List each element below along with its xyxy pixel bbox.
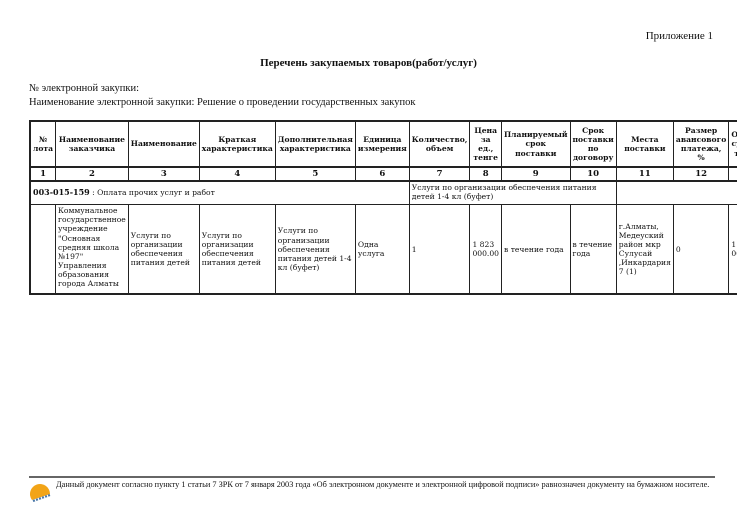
lot-row: 003-015-159 : Оплата прочих услуг и рабо…: [30, 181, 737, 205]
col-header: Наименование: [128, 121, 199, 167]
col-header: Краткая характеристика: [199, 121, 275, 167]
cell-place: г.Алматы, Медеуский район мкр Сулусай ,И…: [616, 205, 673, 295]
col-number: 1: [30, 167, 56, 181]
col-header: Планируемый срок поставки: [502, 121, 570, 167]
col-header: Размер авансового платежа, %: [673, 121, 728, 167]
col-header: Общая сумма, тенге: [729, 121, 737, 167]
lot-description: Услуги по организации обеспечения питани…: [409, 181, 616, 205]
cell-quantity: 1: [409, 205, 470, 295]
lot-info: 003-015-159 : Оплата прочих услуг и рабо…: [30, 181, 409, 205]
cell-advance: 0: [673, 205, 728, 295]
footer-divider: [29, 476, 715, 478]
col-number: 4: [199, 167, 275, 181]
cell-total: 1 823 000.00: [729, 205, 737, 295]
col-header: Срок поставки по договору: [570, 121, 616, 167]
cell-unit: Одна услуга: [355, 205, 409, 295]
col-number: 8: [470, 167, 502, 181]
col-header: Наименование заказчика: [56, 121, 129, 167]
col-number: 3: [128, 167, 199, 181]
col-header: Цена за ед., тенге: [470, 121, 502, 167]
goods-table: № лота Наименование заказчика Наименован…: [29, 120, 737, 295]
procurement-name: Наименование электронной закупки: Решени…: [29, 97, 415, 108]
col-header: Места поставки: [616, 121, 673, 167]
col-number: 7: [409, 167, 470, 181]
lot-name: Оплата прочих услуг и работ: [97, 188, 215, 197]
col-header: Количество, объем: [409, 121, 470, 167]
col-number: 9: [502, 167, 570, 181]
header-row: № лота Наименование заказчика Наименован…: [30, 121, 737, 167]
cell-extra-desc: Услуги по организации обеспечения питани…: [275, 205, 355, 295]
cell-contract-term: в течение года: [570, 205, 616, 295]
document-title: Перечень закупаемых товаров(работ/услуг): [0, 57, 737, 69]
col-number: 12: [673, 167, 728, 181]
column-number-row: 1 2 3 4 5 6 7 8 9 10 11 12 13: [30, 167, 737, 181]
cell-planned-term: в течение года: [502, 205, 570, 295]
appendix-label: Приложение 1: [646, 30, 713, 42]
lot-empty: [616, 181, 737, 205]
col-number: 11: [616, 167, 673, 181]
footer-legal-text: Данный документ согласно пункту 1 статьи…: [56, 480, 716, 491]
col-number: 6: [355, 167, 409, 181]
col-header: № лота: [30, 121, 56, 167]
col-number: 2: [56, 167, 129, 181]
col-number: 5: [275, 167, 355, 181]
col-number: 10: [570, 167, 616, 181]
egov-sun-logo-icon: [30, 480, 52, 502]
cell-unit-price: 1 823 000.00: [470, 205, 502, 295]
col-header: Единица измерения: [355, 121, 409, 167]
cell-lot-no: [30, 205, 56, 295]
procurement-number: № электронной закупки:: [29, 83, 139, 94]
col-header: Дополнительная характеристика: [275, 121, 355, 167]
cell-customer: Коммунальное государственное учреждение …: [56, 205, 129, 295]
cell-short-desc: Услуги по организации обеспечения питани…: [199, 205, 275, 295]
table-row: Коммунальное государственное учреждение …: [30, 205, 737, 295]
cell-name: Услуги по организации обеспечения питани…: [128, 205, 199, 295]
lot-code: 003-015-159: [33, 187, 90, 197]
col-number: 13: [729, 167, 737, 181]
